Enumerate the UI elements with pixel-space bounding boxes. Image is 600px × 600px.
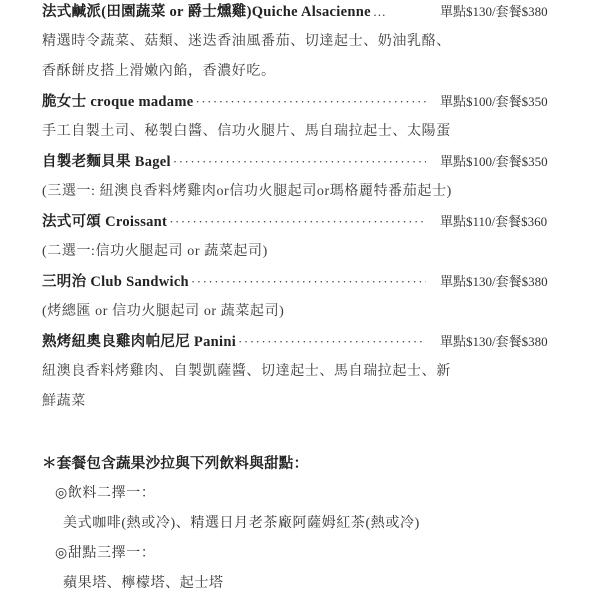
item-name: 脆女士 croque madame [42,87,193,117]
dotted-leader [169,207,426,237]
item-name: 三明治 Club Sandwich [42,267,189,297]
drinks-choice-label: ◎飲料二擇一： [55,479,558,509]
item-price: 單點$100/套餐$350 [440,87,558,117]
item-price: 單點$110/套餐$360 [440,207,558,237]
item-name: 自製老麵貝果 Bagel [42,147,171,177]
menu-item-bagel: 自製老麵貝果 Bagel 單點$100/套餐$350 (三選一: 紐澳良香料烤雞… [42,147,558,207]
item-title-row: 三明治 Club Sandwich 單點$130/套餐$380 [42,267,558,297]
item-name: 法式鹹派(田園蔬菜 or 爵士燻雞)Quiche Alsacienne [42,0,371,27]
item-price: 單點$130/套餐$380 [440,0,558,27]
item-description: 精選時令蔬菜、菇類、迷迭香油風番茄、切達起士、奶油乳酪、 [42,27,558,57]
item-name: 法式可頌 Croissant [42,207,167,237]
item-title-row: 法式可頌 Croissant 單點$110/套餐$360 [42,207,558,237]
item-description: (二選一:信功火腿起司 or 蔬菜起司) [42,237,558,267]
dotted-leader [238,327,426,357]
item-title-row: 熟烤紐奧良雞肉帕尼尼 Panini 單點$130/套餐$380 [42,327,558,357]
item-description: 鮮蔬菜 [42,387,558,417]
desserts-options: 蘋果塔、檸檬塔、起士塔 [63,569,558,599]
item-description: 紐澳良香料烤雞肉、自製凱薩醬、切達起士、馬自瑞拉起士、新 [42,357,558,387]
dotted-leader [173,147,426,177]
drinks-options: 美式咖啡(熱或冷)、精選日月老茶廠阿薩姆紅茶(熱或冷) [63,509,558,539]
item-price: 單點$100/套餐$350 [440,147,558,177]
item-description: 香酥餅皮搭上滑嫩內餡，香濃好吃。 [42,57,558,87]
menu-item-croissant: 法式可頌 Croissant 單點$110/套餐$360 (二選一:信功火腿起司… [42,207,558,267]
desserts-choice-label: ◎甜點三擇一： [55,539,558,569]
item-price: 單點$130/套餐$380 [440,267,558,297]
item-title-row: 法式鹹派(田園蔬菜 or 爵士燻雞)Quiche Alsacienne 單點$1… [42,0,558,27]
item-title-row: 自製老麵貝果 Bagel 單點$100/套餐$350 [42,147,558,177]
menu-page: 法式鹹派(田園蔬菜 or 爵士燻雞)Quiche Alsacienne 單點$1… [0,0,600,600]
item-title-row: 脆女士 croque madame 單點$100/套餐$350 [42,87,558,117]
dotted-leader [191,267,426,297]
item-description: (三選一: 紐澳良香料烤雞肉or信功火腿起司or瑪格麗特番茄起士) [42,177,558,207]
menu-content: 法式鹹派(田園蔬菜 or 爵士燻雞)Quiche Alsacienne 單點$1… [42,0,558,599]
item-price: 單點$130/套餐$380 [440,327,558,357]
dotted-leader [373,0,426,27]
menu-item-quiche: 法式鹹派(田園蔬菜 or 爵士燻雞)Quiche Alsacienne 單點$1… [42,0,558,87]
menu-item-club-sandwich: 三明治 Club Sandwich 單點$130/套餐$380 (烤總匯 or … [42,267,558,327]
item-name: 熟烤紐奧良雞肉帕尼尼 Panini [42,327,236,357]
item-description: (烤總匯 or 信功火腿起司 or 蔬菜起司) [42,297,558,327]
dotted-leader [195,87,426,117]
menu-item-panini: 熟烤紐奧良雞肉帕尼尼 Panini 單點$130/套餐$380 紐澳良香料烤雞肉… [42,327,558,417]
item-description: 手工自製土司、秘製白醬、信功火腿片、馬自瑞拉起士、太陽蛋 [42,117,558,147]
menu-item-croque-madame: 脆女士 croque madame 單點$100/套餐$350 手工自製土司、秘… [42,87,558,147]
set-meal-note-title: ＊套餐包含蔬果沙拉與下列飲料與甜點： [42,449,558,479]
